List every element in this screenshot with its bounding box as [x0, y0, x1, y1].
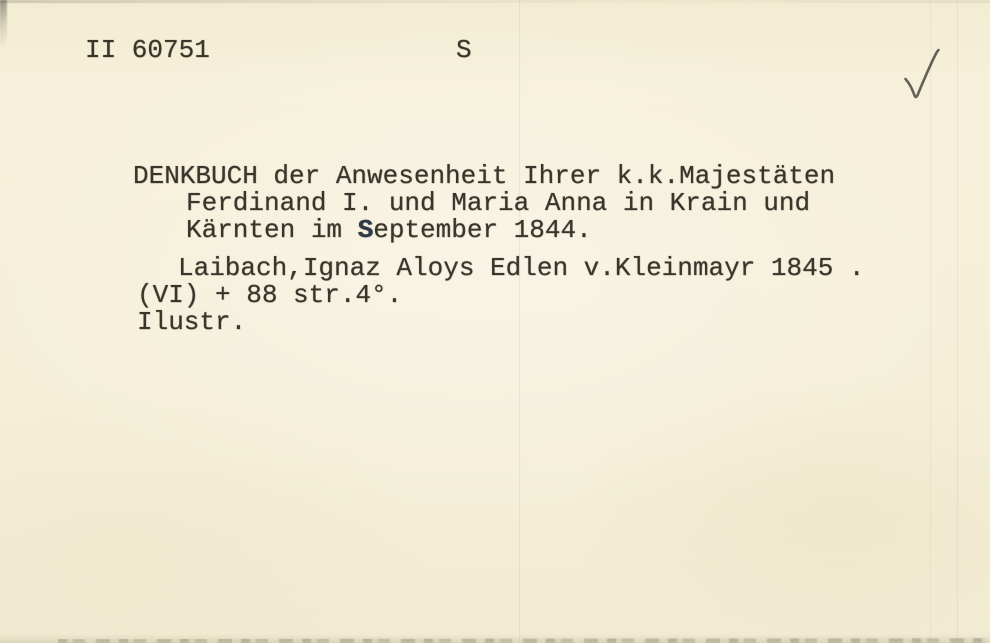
card-corner-shadow	[0, 0, 7, 46]
section-letter: S	[456, 37, 472, 63]
vertical-crease-left	[519, 0, 521, 643]
title-line-3-suffix: eptember 1844.	[373, 215, 591, 245]
vertical-crease-right-1	[930, 0, 932, 643]
title-line-2: Ferdinand I. und Maria Anna in Krain und	[186, 190, 810, 216]
title-line-3: Kärnten im September 1844.	[186, 217, 592, 243]
illustration-note: Ilustr.	[137, 309, 246, 335]
collation-line: (VI) + 88 str.4°.	[137, 282, 402, 308]
call-number: II 60751	[85, 37, 210, 63]
title-line-3-prefix: Kärnten im	[186, 215, 358, 245]
title-line-1: DENKBUCH der Anwesenheit Ihrer k.k.Majes…	[133, 163, 835, 189]
title-line-3-overstruck-letter: S	[358, 215, 374, 245]
imprint-line: Laibach,Ignaz Aloys Edlen v.Kleinmayr 18…	[178, 255, 865, 281]
catalog-card: II 60751 S DENKBUCH der Anwesenheit Ihre…	[0, 0, 990, 643]
vertical-crease-right-2	[957, 0, 959, 643]
card-top-edge-shadow	[0, 0, 990, 3]
